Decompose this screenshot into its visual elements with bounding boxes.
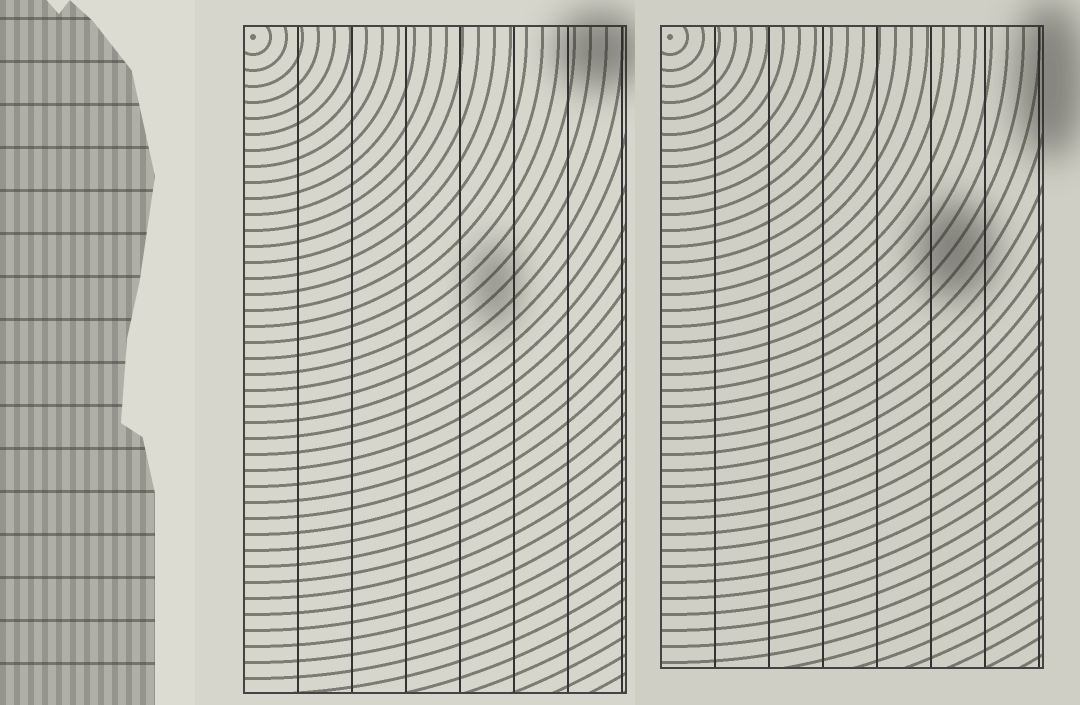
- middle-manuscript-sheet: [195, 0, 635, 705]
- left-manuscript-fragment: [0, 0, 195, 705]
- middle-grid-table: [243, 25, 627, 694]
- right-grid-table: [660, 25, 1044, 669]
- right-manuscript-sheet: [635, 0, 1080, 705]
